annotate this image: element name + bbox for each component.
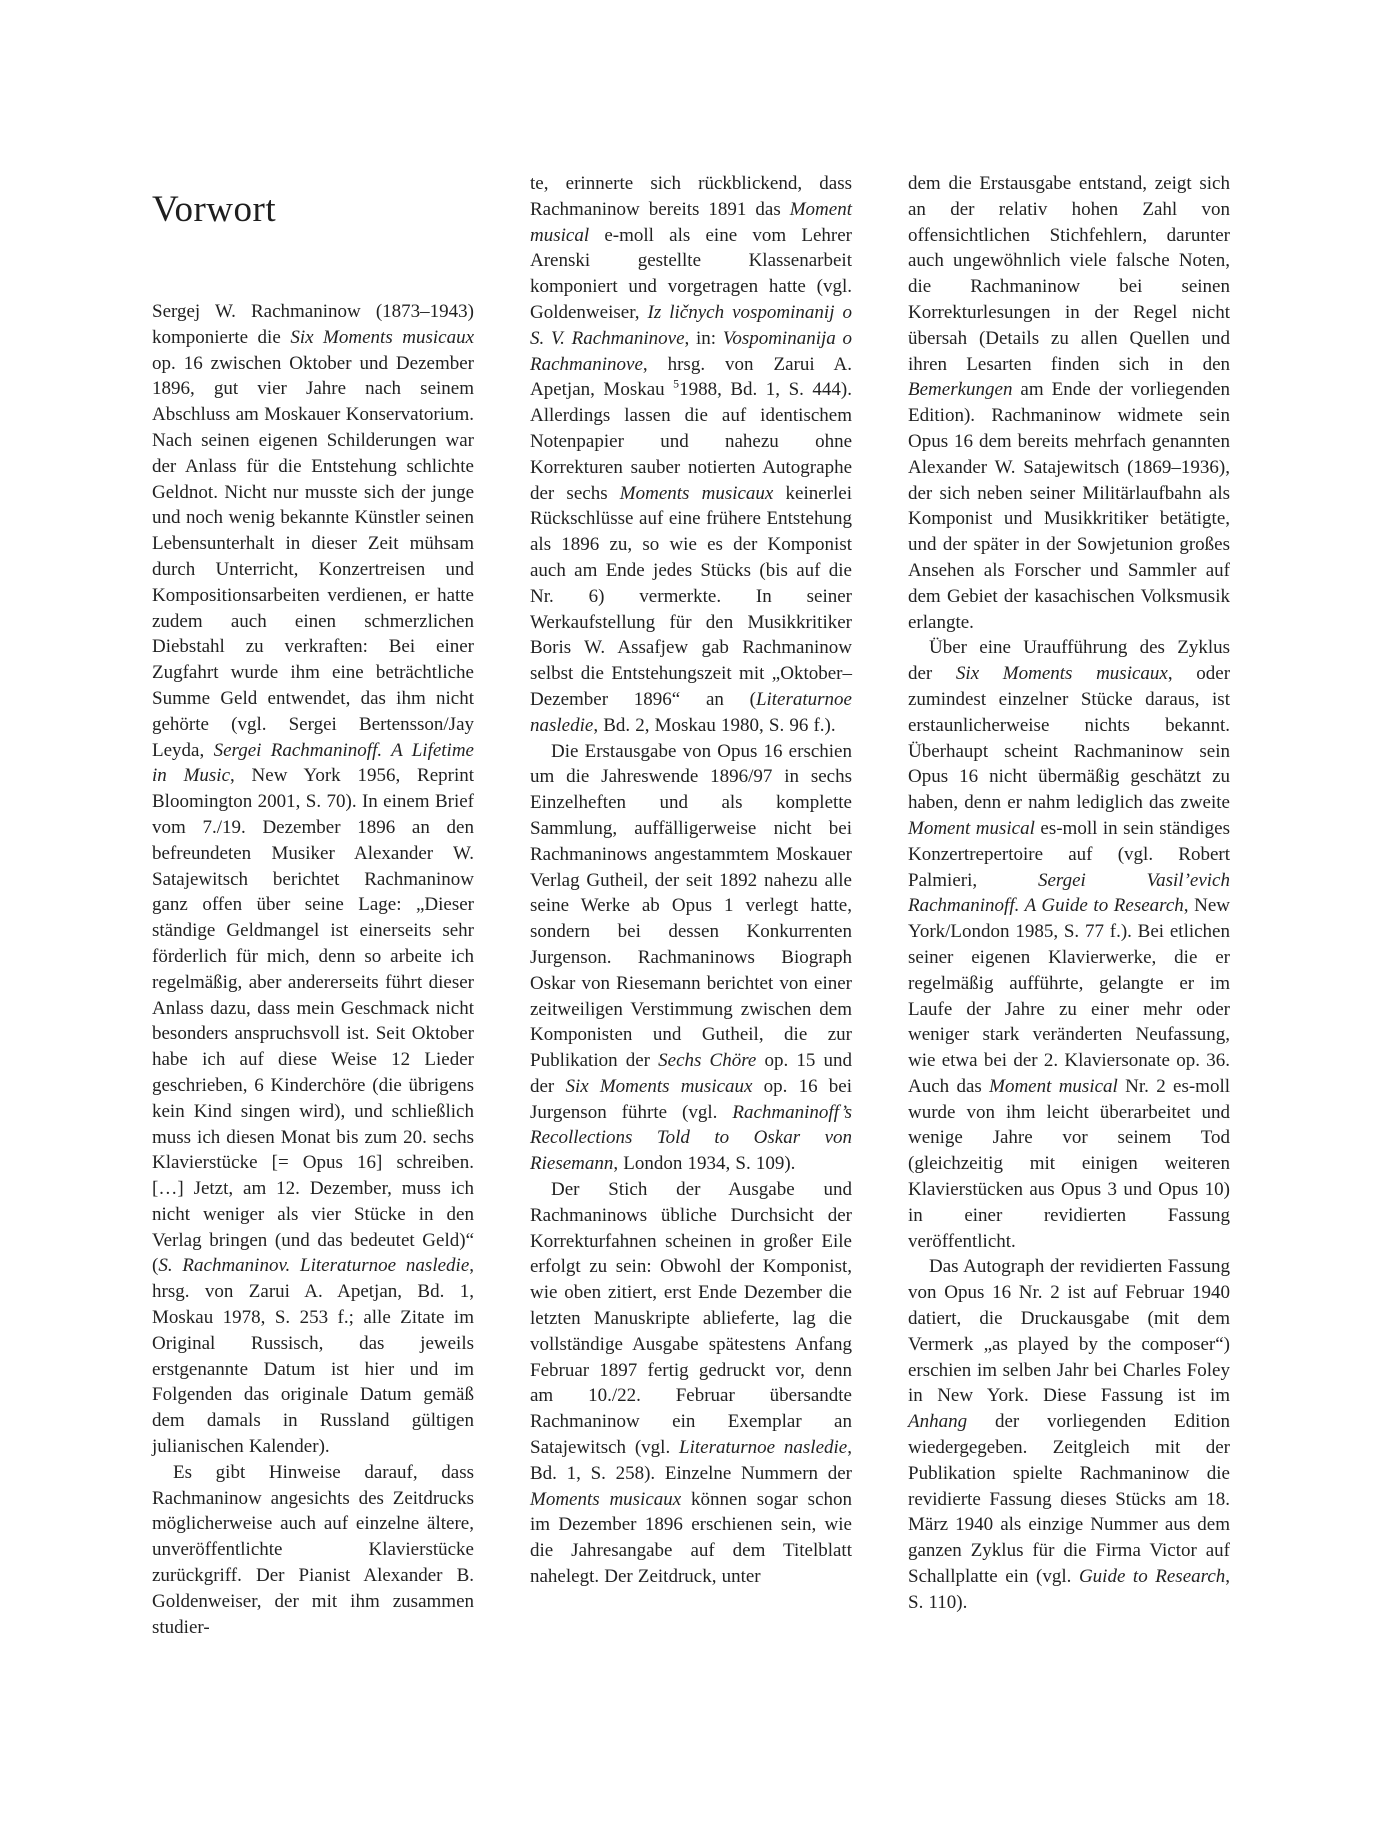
italic-text-run: Moments musicaux [620, 483, 774, 504]
paragraph: Über eine Uraufführung des Zyklus der Si… [908, 635, 1230, 1254]
text-run: Das Autograph der revidierten Fassung vo… [908, 1256, 1230, 1406]
paragraph: Der Stich der Ausgabe und Rachmaninows ü… [530, 1177, 852, 1590]
italic-text-run: Anhang [908, 1411, 967, 1432]
paragraph: te, erinnerte sich rückblickend, dass Ra… [530, 171, 852, 739]
italic-text-run: S. Rachmaninov. Literaturnoe nasledie [158, 1255, 469, 1276]
text-run: Der Stich der Ausgabe und Rachmaninows ü… [530, 1179, 852, 1458]
italic-text-run: Six Moments musicaux [565, 1076, 752, 1097]
italic-text-run: Six Moments musicaux [290, 327, 474, 348]
paragraph: Es gibt Hinweise darauf, dass Rachmanino… [152, 1460, 474, 1641]
italic-text-run: Six Moments musicaux [956, 663, 1168, 684]
italic-text-run: Bemerkungen [908, 379, 1012, 400]
document-page: Vorwort Sergej W. Rachmaninow (1873–1943… [0, 0, 1389, 1832]
text-column-2: te, erinnerte sich rückblickend, dass Ra… [530, 171, 852, 1590]
text-run: , Bd. 2, Moskau 1980, S. 96 f.). [593, 715, 835, 736]
paragraph: dem die Erstausgabe entstand, zeigt sich… [908, 171, 1230, 635]
italic-text-run: Moments musicaux [530, 1489, 681, 1510]
page-title: Vorwort [152, 191, 276, 228]
text-run: , New York/London 1985, S. 77 f.). Bei e… [908, 895, 1230, 1097]
paragraph: Sergej W. Rachmaninow (1873–1943) kompon… [152, 299, 474, 1460]
text-run: keinerlei Rückschlüsse auf eine frühere … [530, 483, 852, 710]
text-run: op. 16 zwischen Oktober und Dezember 189… [152, 353, 474, 761]
text-run: , in: [685, 328, 723, 349]
text-run: , hrsg. von Zarui A. Apetjan, Bd. 1, Mos… [152, 1255, 474, 1457]
page: { "page": { "title": "Vorwort" }, "colum… [0, 0, 1389, 1832]
italic-text-run: Guide to Research [1079, 1566, 1225, 1587]
text-run: Die Erstausgabe von Opus 16 erschien um … [530, 741, 852, 1072]
italic-text-run: Sechs Chöre [658, 1050, 756, 1071]
paragraph: Das Autograph der revidierten Fassung vo… [908, 1254, 1230, 1615]
text-run: , London 1934, S. 109). [613, 1153, 795, 1174]
text-run: Nr. 2 es-moll wurde von ihm leicht übera… [908, 1076, 1230, 1252]
text-column-3: dem die Erstausgabe entstand, zeigt sich… [908, 171, 1230, 1616]
text-run: , New York 1956, Reprint Bloomington 200… [152, 765, 474, 1276]
italic-text-run: Moment musical [989, 1076, 1118, 1097]
paragraph: Die Erstausgabe von Opus 16 erschien um … [530, 739, 852, 1178]
text-column-1: Sergej W. Rachmaninow (1873–1943) kompon… [152, 299, 474, 1640]
italic-text-run: Moment musical [908, 818, 1035, 839]
text-run: am Ende der vorliegenden Edition). Rachm… [908, 379, 1230, 632]
text-run: , oder zumindest einzelner Stücke daraus… [908, 663, 1230, 813]
text-run: dem die Erstausgabe entstand, zeigt sich… [908, 173, 1230, 375]
text-run: der vorliegenden Edition wiedergegeben. … [908, 1411, 1230, 1587]
text-run: Es gibt Hinweise darauf, dass Rachmanino… [152, 1462, 474, 1638]
italic-text-run: Literaturnoe nasledie [679, 1437, 847, 1458]
